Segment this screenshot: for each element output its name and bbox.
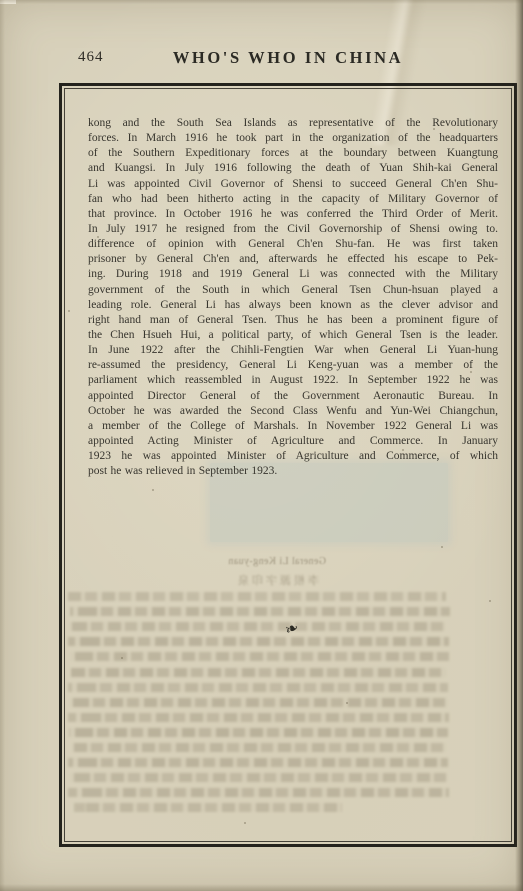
text-line: In June 1922 after the Chihli-Fengtien W… bbox=[88, 343, 498, 358]
foxing-speck bbox=[489, 600, 491, 602]
foxing-speck bbox=[433, 128, 435, 130]
foxing-speck bbox=[402, 449, 404, 451]
text-line: forces. In March 1916 he took part in th… bbox=[88, 131, 498, 146]
page-edge-bottom bbox=[0, 884, 523, 891]
text-line: October he was awarded the Second Class … bbox=[88, 404, 498, 419]
foxing-speck bbox=[121, 657, 123, 659]
foxing-speck bbox=[97, 236, 99, 238]
foxing-speck bbox=[470, 371, 472, 373]
text-line: kong and the South Sea Islands as repres… bbox=[88, 116, 498, 131]
text-line: post he was relieved in September 1923. bbox=[88, 464, 498, 479]
text-line: the Chen Hsueh Hui, a political party, o… bbox=[88, 328, 498, 343]
bleed-through-chinese-name: 李根源字印泉 bbox=[177, 572, 377, 588]
foxing-speck bbox=[306, 152, 308, 154]
text-line: re-assumed the presidency, General Li Ke… bbox=[88, 358, 498, 373]
text-line: and Kuangsi. In July 1916 following the … bbox=[88, 161, 498, 176]
scanned-book-page: { "page": { "number": "464", "running_ti… bbox=[0, 0, 523, 891]
foxing-speck bbox=[441, 546, 443, 548]
text-line: of the Southern Expeditionary forces at … bbox=[88, 146, 498, 161]
text-line: 1923 he was appointed Minister of Agricu… bbox=[88, 449, 498, 464]
text-line: Li was appointed Civil Governor of Shens… bbox=[88, 177, 498, 192]
bleed-through-heading: General Li Keng-yuan bbox=[177, 556, 377, 567]
text-line: that province. In October 1916 he was co… bbox=[88, 207, 498, 222]
text-line: a member of the College of Marshals. In … bbox=[88, 419, 498, 434]
text-line: fan who had been hitherto acting in the … bbox=[88, 192, 498, 207]
foxing-speck bbox=[152, 489, 154, 491]
text-line: difference of opinion with General Ch'en… bbox=[88, 237, 498, 252]
page-edge-top bbox=[0, 0, 523, 4]
foxing-speck bbox=[244, 822, 246, 824]
text-line: leading role. General Li has always been… bbox=[88, 298, 498, 313]
biography-text: kong and the South Sea Islands as repres… bbox=[88, 116, 498, 479]
foxing-speck bbox=[346, 702, 348, 704]
page-edge-left bbox=[0, 0, 5, 891]
text-line: In July 1917 he resigned from the Civil … bbox=[88, 222, 498, 237]
text-line: prisoner by General Ch'en and, afterward… bbox=[88, 252, 498, 267]
text-line: right hand man of General Tsen. Thus he … bbox=[88, 313, 498, 328]
foxing-speck bbox=[68, 310, 70, 312]
text-line: parliament which reassembled in August 1… bbox=[88, 373, 498, 388]
text-line: appointed Acting Minister of Agriculture… bbox=[88, 434, 498, 449]
text-line: ing. During 1918 and 1919 General Li was… bbox=[88, 267, 498, 282]
text-line: appointed Director General of the Govern… bbox=[88, 389, 498, 404]
page-edge-right bbox=[515, 0, 523, 891]
running-title: WHO'S WHO IN CHINA bbox=[59, 48, 517, 68]
text-line: government of the South in which General… bbox=[88, 283, 498, 298]
